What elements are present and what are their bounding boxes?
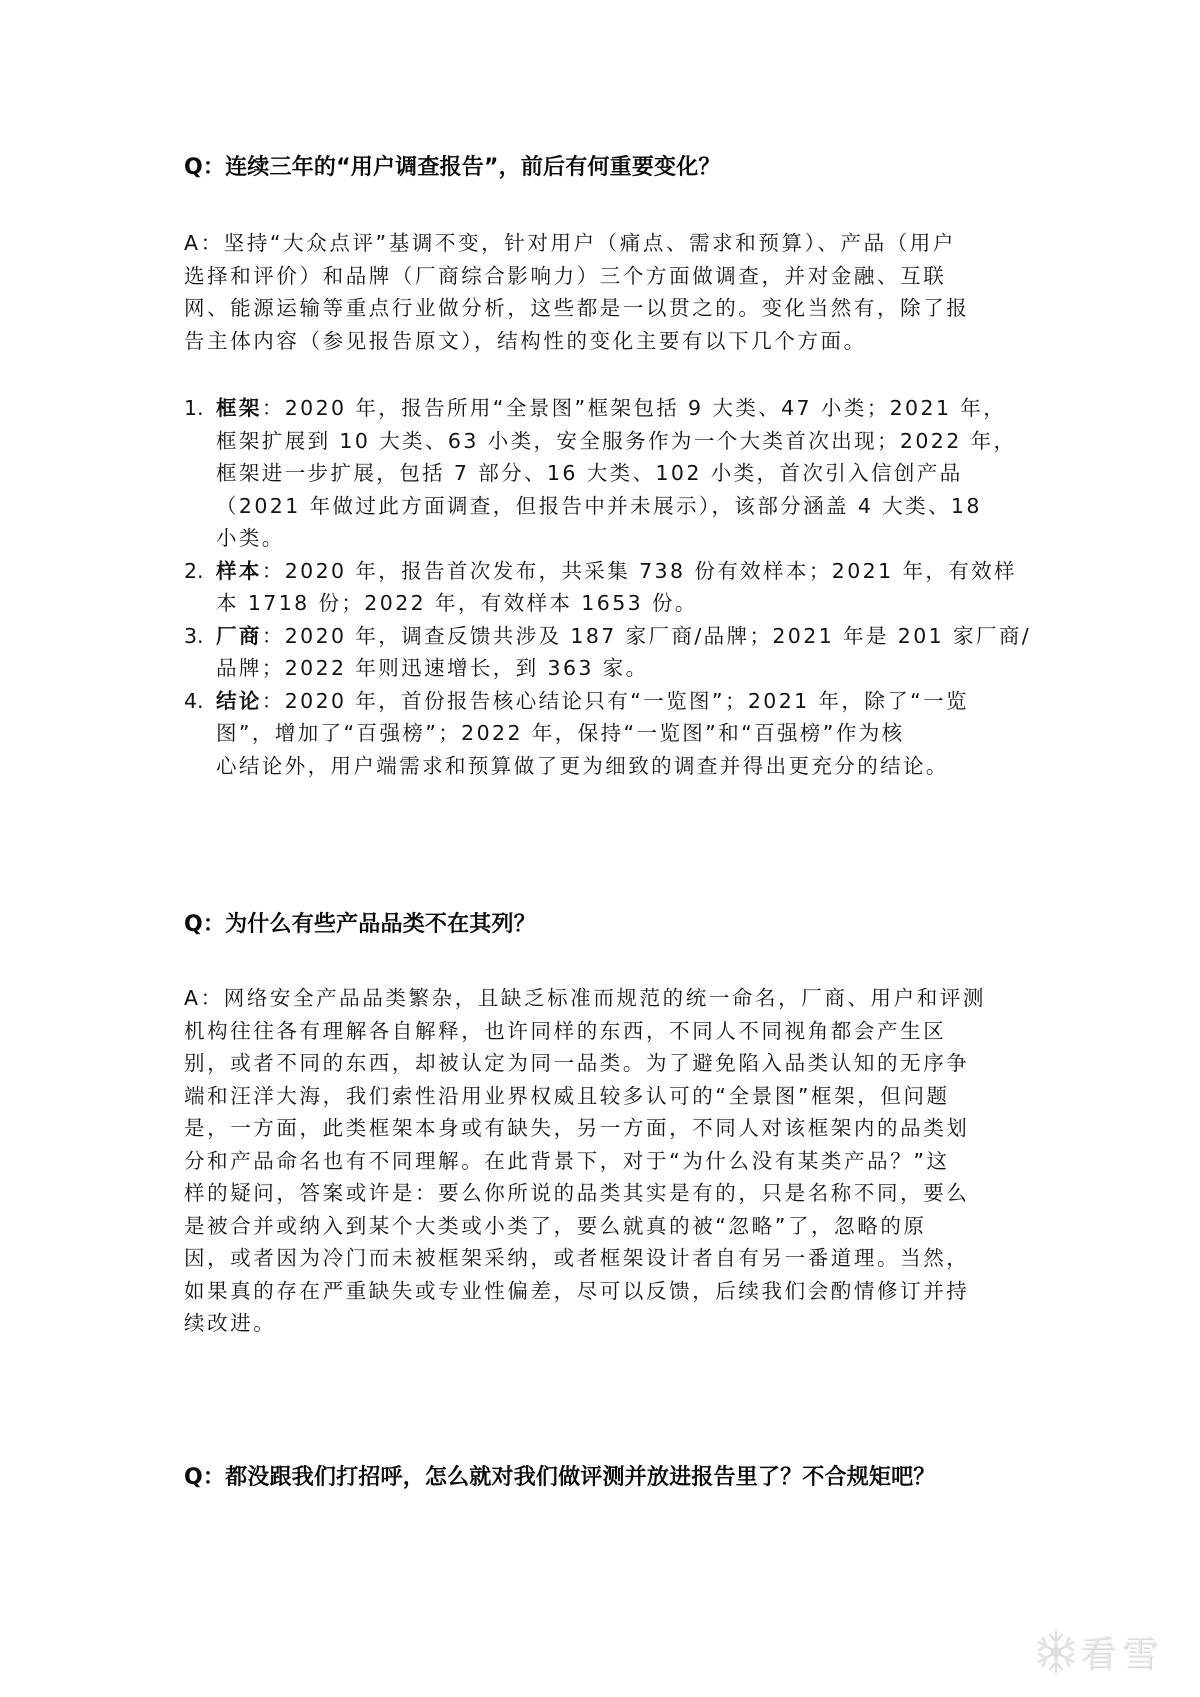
list-number: 4.: [184, 685, 204, 718]
answer-line: 选择和评价）和品牌（厂商综合影响力）三个方面做调查，并对金融、互联: [184, 260, 1024, 293]
list-item-conclusion: 4. 结论：2020 年，首份报告核心结论只有“一览图”；2021 年，除了“一…: [184, 685, 1044, 783]
list-text: ：2020 年，报告首次发布，共采集 738 份有效样本；2021 年，有效样: [262, 559, 1017, 583]
answer-line: 如果真的存在严重缺失或专业性偏差，尽可以反馈，后续我们会酌情修订并持: [184, 1275, 1024, 1308]
answer-line: 分和产品命名也有不同理解。在此背景下，对于“为什么没有某类产品？”这: [184, 1145, 1024, 1178]
list-text: ：2020 年，调查反馈共涉及 187 家厂商/品牌；2021 年是 201 家…: [262, 624, 1031, 648]
changes-list: 1. 框架：2020 年，报告所用“全景图”框架包括 9 大类、47 小类；20…: [184, 392, 1044, 782]
list-text: 心结论外，用户端需求和预算做了更为细致的调查并得出更充分的结论。: [216, 750, 1044, 783]
question-heading-1: Q：连续三年的“用户调查报告”，前后有何重要变化？: [184, 153, 721, 183]
list-text: 图”，增加了“百强榜”；2022 年，保持“一览图”和“百强榜”作为核: [216, 717, 1044, 750]
watermark: 看雪: [1030, 1622, 1200, 1697]
list-key: 结论: [216, 689, 262, 713]
snowflake-icon: [1034, 1630, 1078, 1678]
answer-line: 端和汪洋大海，我们索性沿用业界权威且较多认可的“全景图”框架，但问题: [184, 1080, 1024, 1113]
answer-line: 因，或者因为冷门而未被框架采纳，或者框架设计者自有另一番道理。当然，: [184, 1242, 1024, 1275]
list-text: 框架扩展到 10 大类、63 小类，安全服务作为一个大类首次出现；2022 年，: [216, 425, 1044, 458]
list-text: ：2020 年，首份报告核心结论只有“一览图”；2021 年，除了“一览: [262, 689, 969, 713]
list-number: 3.: [184, 620, 204, 653]
answer-line: 网、能源运输等重点行业做分析，这些都是一以贯之的。变化当然有，除了报: [184, 292, 1024, 325]
list-text: 品牌；2022 年则迅速增长，到 363 家。: [216, 652, 1044, 685]
answer-line: 续改进。: [184, 1307, 1024, 1340]
answer-line: 是，一方面，此类框架本身或有缺失，另一方面，不同人对该框架内的品类划: [184, 1112, 1024, 1145]
list-key: 框架: [216, 396, 262, 420]
list-key: 样本: [216, 559, 262, 583]
list-key: 厂商: [216, 624, 262, 648]
list-text: ：2020 年，报告所用“全景图”框架包括 9 大类、47 小类；2021 年，: [262, 396, 1006, 420]
question-heading-2: Q：为什么有些产品品类不在其列？: [184, 910, 536, 940]
answer-paragraph-1: A：坚持“大众点评”基调不变，针对用户（痛点、需求和预算）、产品（用户 选择和评…: [184, 227, 1024, 357]
list-item-vendor: 3. 厂商：2020 年，调查反馈共涉及 187 家厂商/品牌；2021 年是 …: [184, 620, 1044, 685]
answer-line: 机构往往各有理解各自解释，也许同样的东西，不同人不同视角都会产生区: [184, 1015, 1024, 1048]
list-text: 框架进一步扩展，包括 7 部分、16 大类、102 小类，首次引入信创产品: [216, 457, 1044, 490]
answer-line: 样的疑问，答案或许是：要么你所说的品类其实是有的，只是名称不同，要么: [184, 1177, 1024, 1210]
answer-line: A：网络安全产品品类繁杂，且缺乏标准而规范的统一命名，厂商、用户和评测: [184, 982, 1024, 1015]
answer-line: 别，或者不同的东西，却被认定为同一品类。为了避免陷入品类认知的无序争: [184, 1047, 1024, 1080]
list-text: （2021 年做过此方面调查，但报告中并未展示），该部分涵盖 4 大类、18: [216, 490, 1044, 523]
list-text: 小类。: [216, 522, 1044, 555]
question-heading-3: Q：都没跟我们打招呼，怎么就对我们做评测并放进报告里了？不合规矩吧？: [184, 1463, 936, 1493]
list-text: 本 1718 份；2022 年，有效样本 1653 份。: [216, 587, 1044, 620]
list-number: 1.: [184, 392, 204, 425]
list-number: 2.: [184, 555, 204, 588]
list-item-framework: 1. 框架：2020 年，报告所用“全景图”框架包括 9 大类、47 小类；20…: [184, 392, 1044, 555]
answer-paragraph-2: A：网络安全产品品类繁杂，且缺乏标准而规范的统一命名，厂商、用户和评测 机构往往…: [184, 982, 1024, 1340]
answer-line: 是被合并或纳入到某个大类或小类了，要么就真的被“忽略”了，忽略的原: [184, 1210, 1024, 1243]
watermark-text: 看雪: [1080, 1626, 1164, 1677]
answer-line: 告主体内容（参见报告原文），结构性的变化主要有以下几个方面。: [184, 325, 1024, 358]
answer-line: A：坚持“大众点评”基调不变，针对用户（痛点、需求和预算）、产品（用户: [184, 227, 1024, 260]
list-item-sample: 2. 样本：2020 年，报告首次发布，共采集 738 份有效样本；2021 年…: [184, 555, 1044, 620]
document-page: Q：连续三年的“用户调查报告”，前后有何重要变化？ A：坚持“大众点评”基调不变…: [0, 0, 1200, 1697]
